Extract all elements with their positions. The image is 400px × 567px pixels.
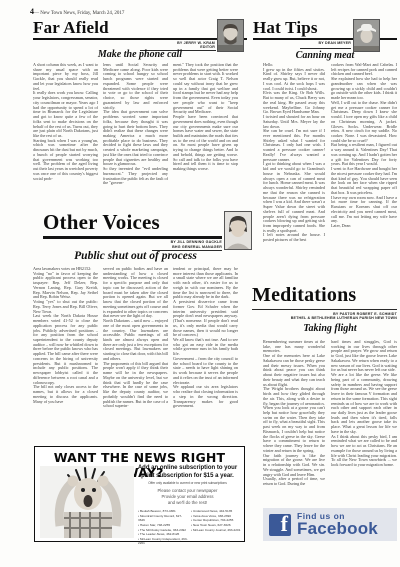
meditations-column-2: hard times and struggles, God is working… <box>331 340 397 504</box>
far-afield-title: Far Afield <box>33 18 109 38</box>
other-voices-byline-role: BHG GENERAL MANAGER <box>172 245 222 249</box>
meditations-column-1: Remembering summer times at the lake, on… <box>263 340 325 504</box>
ad-papers-right: Underwood News, 442-5135Velva Area Voice… <box>191 509 241 532</box>
other-voices-column-2: served on public bodies and have an unde… <box>103 267 168 443</box>
facebook-wordmark: Facebook <box>297 520 378 537</box>
ad-papers-left: Beulah Beacon, 873-4381Mountrail County … <box>138 509 188 546</box>
ad-offer-line1: Add an online subscription to your <box>138 465 237 471</box>
ad-contact-lines: Please contact your newspaper Provide yo… <box>135 488 240 507</box>
hat-tips-column-2: cookers from Wal-Mart and Cabelas. I lef… <box>331 63 397 277</box>
ad-contact-1: Please contact your newspaper <box>158 488 218 493</box>
gackle-headshot-photo <box>224 211 252 250</box>
other-voices-title: Other Voices <box>43 210 160 235</box>
far-afield-column-3: ment." They took the position that the p… <box>173 63 238 208</box>
kram-headshot-photo <box>217 19 244 52</box>
facebook-icon: f <box>269 514 291 536</box>
other-voices-headline: Public shut out of process <box>33 250 238 262</box>
ad-photo <box>40 466 134 538</box>
ad-offer-line2: print subscription for $15 a year. <box>141 473 234 479</box>
hat-tips-column-1: Hello. I grew up in the fifties and sixt… <box>263 63 325 291</box>
facebook-text: Find us on Facebook <box>297 512 378 538</box>
far-afield-headline: Make the phone call <box>33 49 247 60</box>
hat-tips-headline: Canning meat <box>253 50 397 61</box>
masthead-text: — New Town News, Friday, March 24, 2017 <box>34 11 124 16</box>
newspaper-listing: McLean County Independent, 463-2201 <box>138 537 188 546</box>
masthead: 4— New Town News, Friday, March 24, 2017 <box>30 7 124 16</box>
ad-contact-3: and we'll do the rest! <box>168 500 207 505</box>
other-voices-rule <box>43 236 222 239</box>
meditations-byline-role: BETHEL & BETHLEHEM LUTHERAN PARISH NEW T… <box>291 316 397 320</box>
hat-tips-byline: BY DEAN MEYER <box>280 41 351 46</box>
meyer-headshot-photo <box>353 19 380 52</box>
hat-tips-byline-rule <box>300 48 351 49</box>
far-afield-column-2: lems until Social Security and Medicare … <box>103 63 168 208</box>
newspaper-listing: McLean County Journal, 463-2201 <box>191 528 241 533</box>
meditations-headline: Taking flight <box>263 323 397 334</box>
hat-tips-title: Hat Tips <box>253 18 318 38</box>
ad-offer-text: Add an online subscription to your print… <box>135 465 240 480</box>
ad-contact-2: Provide your email address <box>161 494 213 499</box>
far-afield-byline-name: BY JERRY W. KRAM <box>177 41 215 45</box>
other-voices-byline: BY JILL DENNING GACKLE BHG GENERAL MANAG… <box>130 240 222 249</box>
far-afield-column-1: A short column this week, as I want to s… <box>33 63 98 208</box>
newspaper-listing: Mountrail County Record, 627-3626 <box>138 514 188 523</box>
meditations-title: Meditations <box>252 284 356 307</box>
other-voices-byline-name: BY JILL DENNING GACKLE <box>171 240 222 244</box>
meditations-byline-name: BY PASTOR ROBERT E. SCHMIDT <box>333 312 397 316</box>
newspaper-page: 4— New Town News, Friday, March 24, 2017… <box>0 0 400 567</box>
meditations-rule <box>252 309 397 310</box>
ad-fine-print: Offer only available to current or new p… <box>135 481 240 485</box>
other-voices-column-1: Area lawmakers votes on HB2152: Voting "… <box>33 267 98 443</box>
facebook-banner: f Find us on Facebook <box>263 508 397 541</box>
other-voices-column-3: tendent or principal, there may be more … <box>173 267 238 443</box>
meditations-byline: BY PASTOR ROBERT E. SCHMIDT BETHEL & BET… <box>252 312 397 321</box>
subscription-ad: Want the News Right Away? <box>34 446 245 542</box>
